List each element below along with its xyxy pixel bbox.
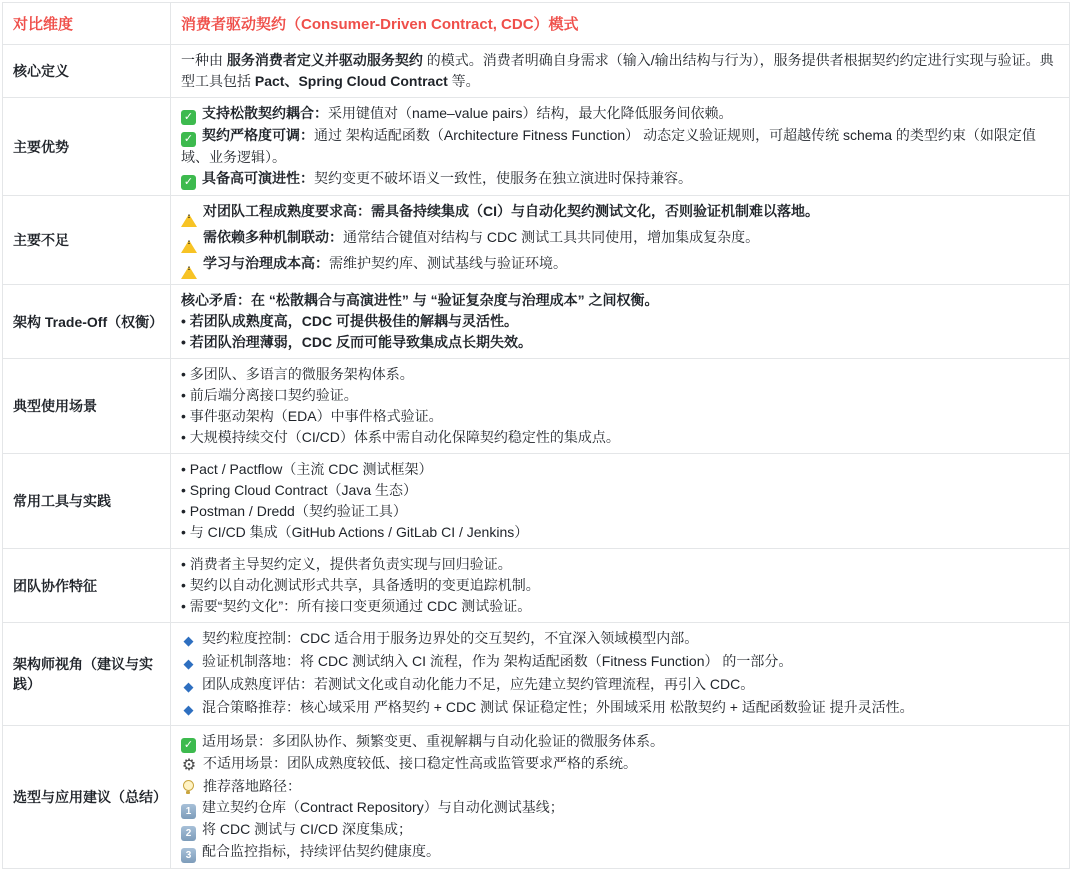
- text-segment: 适用场景：多团队协作、频繁变更、重视解耦与自动化验证的微服务体系。: [202, 733, 664, 749]
- header-row: 对比维度 消费者驱动契约（Consumer-Driven Contract, C…: [3, 3, 1070, 45]
- table-row: 团队协作特征• 消费者主导契约定义，提供者负责实现与回归验证。• 契约以自动化测…: [3, 549, 1070, 623]
- row-content-cell: 核心矛盾：在 “松散耦合与高演进性” 与 “验证复杂度与治理成本” 之间权衡。•…: [171, 285, 1070, 359]
- row-content-cell: 一种由 服务消费者定义并驱动服务契约 的模式。消费者明确自身需求（输入/输出结构…: [171, 45, 1070, 98]
- table-row: 选型与应用建议（总结）✓适用场景：多团队协作、频繁变更、重视解耦与自动化验证的微…: [3, 726, 1070, 869]
- content-line: ✓适用场景：多团队协作、频繁变更、重视解耦与自动化验证的微服务体系。: [181, 731, 1059, 753]
- num-1-icon: 1: [181, 804, 196, 819]
- content-line: • 若团队成熟度高，CDC 可提供极佳的解耦与灵活性。: [181, 311, 1059, 332]
- header-pattern-cell: 消费者驱动契约（Consumer-Driven Contract, CDC）模式: [171, 3, 1070, 45]
- content-line: !学习与治理成本高：需维护契约库、测试基线与验证环境。: [181, 253, 1059, 279]
- text-segment: • 需要“契约文化”：所有接口变更须通过 CDC 测试验证。: [181, 598, 531, 614]
- text-segment: • Postman / Dredd（契约验证工具）: [181, 503, 407, 519]
- content-line: • 需要“契约文化”：所有接口变更须通过 CDC 测试验证。: [181, 596, 1059, 617]
- table-row: 主要不足!对团队工程成熟度要求高：需具备持续集成（CI）与自动化契约测试文化，否…: [3, 196, 1070, 285]
- text-segment: 一种由: [181, 52, 227, 68]
- text-segment: 服务消费者定义并驱动服务契约: [227, 52, 423, 68]
- text-segment: 学习与治理成本高：: [203, 255, 329, 271]
- dimension-label: 核心定义: [3, 45, 171, 98]
- content-line: ◆混合策略推荐：核心域采用 严格契约 + CDC 测试 保证稳定性；外围域采用 …: [181, 697, 1059, 720]
- content-line: • Spring Cloud Contract（Java 生态）: [181, 480, 1059, 501]
- content-line: ◆团队成熟度评估：若测试文化或自动化能力不足，应先建立契约管理流程，再引入 CD…: [181, 674, 1059, 697]
- row-content-cell: ✓支持松散契约耦合：采用键值对（name–value pairs）结构，最大化降…: [171, 98, 1070, 196]
- text-segment: 契约粒度控制：CDC 适合用于服务边界处的交互契约，不宜深入领域模型内部。: [202, 630, 698, 646]
- dimension-label: 架构师视角（建议与实践）: [3, 623, 171, 726]
- text-segment: 建立契约仓库（Contract Repository）与自动化测试基线；: [202, 799, 564, 815]
- text-segment: 团队成熟度评估：若测试文化或自动化能力不足，应先建立契约管理流程，再引入 CDC…: [202, 676, 754, 692]
- content-line: • 前后端分离接口契约验证。: [181, 385, 1059, 406]
- table-row: 典型使用场景• 多团队、多语言的微服务架构体系。• 前后端分离接口契约验证。• …: [3, 359, 1070, 454]
- check-icon: ✓: [181, 738, 196, 753]
- text-segment: 契约变更不破坏语义一致性，使服务在独立演进时保持兼容。: [314, 170, 692, 186]
- text-segment: 不适用场景：团队成熟度较低、接口稳定性高或监管要求严格的系统。: [203, 755, 637, 771]
- text-segment: • 大规模持续交付（CI/CD）体系中需自动化保障契约稳定性的集成点。: [181, 429, 620, 445]
- text-segment: • 事件驱动架构（EDA）中事件格式验证。: [181, 408, 443, 424]
- content-line: !需依赖多种机制联动：通常结合键值对结构与 CDC 测试工具共同使用，增加集成复…: [181, 227, 1059, 253]
- bulb-icon: [183, 780, 194, 791]
- text-segment: 契约严格度可调：: [202, 127, 314, 143]
- dimension-label: 常用工具与实践: [3, 454, 171, 549]
- diamond-icon: ◆: [181, 699, 196, 720]
- text-segment: 通常结合键值对结构与 CDC 测试工具共同使用，增加集成复杂度。: [343, 229, 759, 245]
- num-2-icon: 2: [181, 826, 196, 841]
- text-segment: 验证机制落地：将 CDC 测试纳入 CI 流程，作为 架构适配函数（Fitnes…: [202, 653, 792, 669]
- content-line: • Pact / Pactflow（主流 CDC 测试框架）: [181, 459, 1059, 480]
- table-row: 架构 Trade-Off（权衡）核心矛盾：在 “松散耦合与高演进性” 与 “验证…: [3, 285, 1070, 359]
- text-segment: 需依赖多种机制联动：: [203, 229, 343, 245]
- content-line: • 事件驱动架构（EDA）中事件格式验证。: [181, 406, 1059, 427]
- dimension-label: 选型与应用建议（总结）: [3, 726, 171, 869]
- text-segment: 等。: [448, 73, 480, 89]
- text-segment: • 若团队治理薄弱，CDC 反而可能导致集成点长期失效。: [181, 334, 532, 350]
- content-line: ✓支持松散契约耦合：采用键值对（name–value pairs）结构，最大化降…: [181, 103, 1059, 125]
- content-line: • 消费者主导契约定义，提供者负责实现与回归验证。: [181, 554, 1059, 575]
- content-line: 推荐落地路径：: [181, 776, 1059, 797]
- dimension-label: 架构 Trade-Off（权衡）: [3, 285, 171, 359]
- content-line: ✓契约严格度可调：通过 架构适配函数（Architecture Fitness …: [181, 125, 1059, 168]
- text-segment: • 前后端分离接口契约验证。: [181, 387, 358, 403]
- content-line: ⚙不适用场景：团队成熟度较低、接口稳定性高或监管要求严格的系统。: [181, 753, 1059, 776]
- dimension-label: 主要不足: [3, 196, 171, 285]
- gear-icon: ⚙: [181, 755, 197, 776]
- content-line: ◆契约粒度控制：CDC 适合用于服务边界处的交互契约，不宜深入领域模型内部。: [181, 628, 1059, 651]
- row-content-cell: • Pact / Pactflow（主流 CDC 测试框架）• Spring C…: [171, 454, 1070, 549]
- check-icon: ✓: [181, 110, 196, 125]
- text-segment: 配合监控指标，持续评估契约健康度。: [202, 843, 440, 859]
- content-line: 一种由 服务消费者定义并驱动服务契约 的模式。消费者明确自身需求（输入/输出结构…: [181, 50, 1059, 92]
- dimension-label: 主要优势: [3, 98, 171, 196]
- text-segment: 核心矛盾：在 “松散耦合与高演进性” 与 “验证复杂度与治理成本” 之间权衡。: [181, 292, 659, 308]
- content-line: ✓具备高可演进性：契约变更不破坏语义一致性，使服务在独立演进时保持兼容。: [181, 168, 1059, 190]
- content-line: • 大规模持续交付（CI/CD）体系中需自动化保障契约稳定性的集成点。: [181, 427, 1059, 448]
- diamond-icon: ◆: [181, 676, 196, 697]
- row-content-cell: • 消费者主导契约定义，提供者负责实现与回归验证。• 契约以自动化测试形式共享，…: [171, 549, 1070, 623]
- text-segment: 支持松散契约耦合：: [202, 105, 328, 121]
- check-icon: ✓: [181, 132, 196, 147]
- text-segment: • Pact / Pactflow（主流 CDC 测试框架）: [181, 461, 433, 477]
- row-content-cell: • 多团队、多语言的微服务架构体系。• 前后端分离接口契约验证。• 事件驱动架构…: [171, 359, 1070, 454]
- content-line: 1建立契约仓库（Contract Repository）与自动化测试基线；: [181, 797, 1059, 819]
- warn-icon: !: [181, 240, 197, 253]
- text-segment: • 消费者主导契约定义，提供者负责实现与回归验证。: [181, 556, 512, 572]
- text-segment: • 多团队、多语言的微服务架构体系。: [181, 366, 414, 382]
- text-segment: 混合策略推荐：核心域采用 严格契约 + CDC 测试 保证稳定性；外围域采用 松…: [202, 699, 914, 715]
- text-segment: 对团队工程成熟度要求高：需具备持续集成（CI）与自动化契约测试文化，否则验证机制…: [203, 203, 819, 219]
- text-segment: 需维护契约库、测试基线与验证环境。: [329, 255, 567, 271]
- table-row: 核心定义一种由 服务消费者定义并驱动服务契约 的模式。消费者明确自身需求（输入/…: [3, 45, 1070, 98]
- text-segment: • 与 CI/CD 集成（GitHub Actions / GitLab CI …: [181, 524, 528, 540]
- dimension-label: 团队协作特征: [3, 549, 171, 623]
- content-line: • 多团队、多语言的微服务架构体系。: [181, 364, 1059, 385]
- content-line: 核心矛盾：在 “松散耦合与高演进性” 与 “验证复杂度与治理成本” 之间权衡。: [181, 290, 1059, 311]
- dimension-label: 典型使用场景: [3, 359, 171, 454]
- row-content-cell: !对团队工程成熟度要求高：需具备持续集成（CI）与自动化契约测试文化，否则验证机…: [171, 196, 1070, 285]
- header-dimension-cell: 对比维度: [3, 3, 171, 45]
- text-segment: • Spring Cloud Contract（Java 生态）: [181, 482, 417, 498]
- content-line: 3配合监控指标，持续评估契约健康度。: [181, 841, 1059, 863]
- content-line: • 若团队治理薄弱，CDC 反而可能导致集成点长期失效。: [181, 332, 1059, 353]
- num-3-icon: 3: [181, 848, 196, 863]
- content-line: !对团队工程成熟度要求高：需具备持续集成（CI）与自动化契约测试文化，否则验证机…: [181, 201, 1059, 227]
- check-icon: ✓: [181, 175, 196, 190]
- row-content-cell: ◆契约粒度控制：CDC 适合用于服务边界处的交互契约，不宜深入领域模型内部。◆验…: [171, 623, 1070, 726]
- content-line: 2将 CDC 测试与 CI/CD 深度集成；: [181, 819, 1059, 841]
- content-line: • Postman / Dredd（契约验证工具）: [181, 501, 1059, 522]
- page: 对比维度 消费者驱动契约（Consumer-Driven Contract, C…: [0, 0, 1080, 878]
- content-line: ◆验证机制落地：将 CDC 测试纳入 CI 流程，作为 架构适配函数（Fitne…: [181, 651, 1059, 674]
- warn-icon: !: [181, 266, 197, 279]
- text-segment: 将 CDC 测试与 CI/CD 深度集成；: [202, 821, 412, 837]
- text-segment: 具备高可演进性：: [202, 170, 314, 186]
- text-segment: 推荐落地路径：: [203, 778, 301, 794]
- diamond-icon: ◆: [181, 653, 196, 674]
- text-segment: Pact、Spring Cloud Contract: [255, 73, 448, 89]
- content-line: • 与 CI/CD 集成（GitHub Actions / GitLab CI …: [181, 522, 1059, 543]
- table-row: 常用工具与实践• Pact / Pactflow（主流 CDC 测试框架）• S…: [3, 454, 1070, 549]
- row-content-cell: ✓适用场景：多团队协作、频繁变更、重视解耦与自动化验证的微服务体系。⚙不适用场景…: [171, 726, 1070, 869]
- table-row: 架构师视角（建议与实践）◆契约粒度控制：CDC 适合用于服务边界处的交互契约，不…: [3, 623, 1070, 726]
- text-segment: • 契约以自动化测试形式共享，具备透明的变更追踪机制。: [181, 577, 540, 593]
- text-segment: • 若团队成熟度高，CDC 可提供极佳的解耦与灵活性。: [181, 313, 518, 329]
- comparison-table: 对比维度 消费者驱动契约（Consumer-Driven Contract, C…: [2, 2, 1070, 869]
- warn-icon: !: [181, 214, 197, 227]
- content-line: • 契约以自动化测试形式共享，具备透明的变更追踪机制。: [181, 575, 1059, 596]
- diamond-icon: ◆: [181, 630, 196, 651]
- text-segment: 采用键值对（name–value pairs）结构，最大化降低服务间依赖。: [328, 105, 733, 121]
- table-row: 主要优势✓支持松散契约耦合：采用键值对（name–value pairs）结构，…: [3, 98, 1070, 196]
